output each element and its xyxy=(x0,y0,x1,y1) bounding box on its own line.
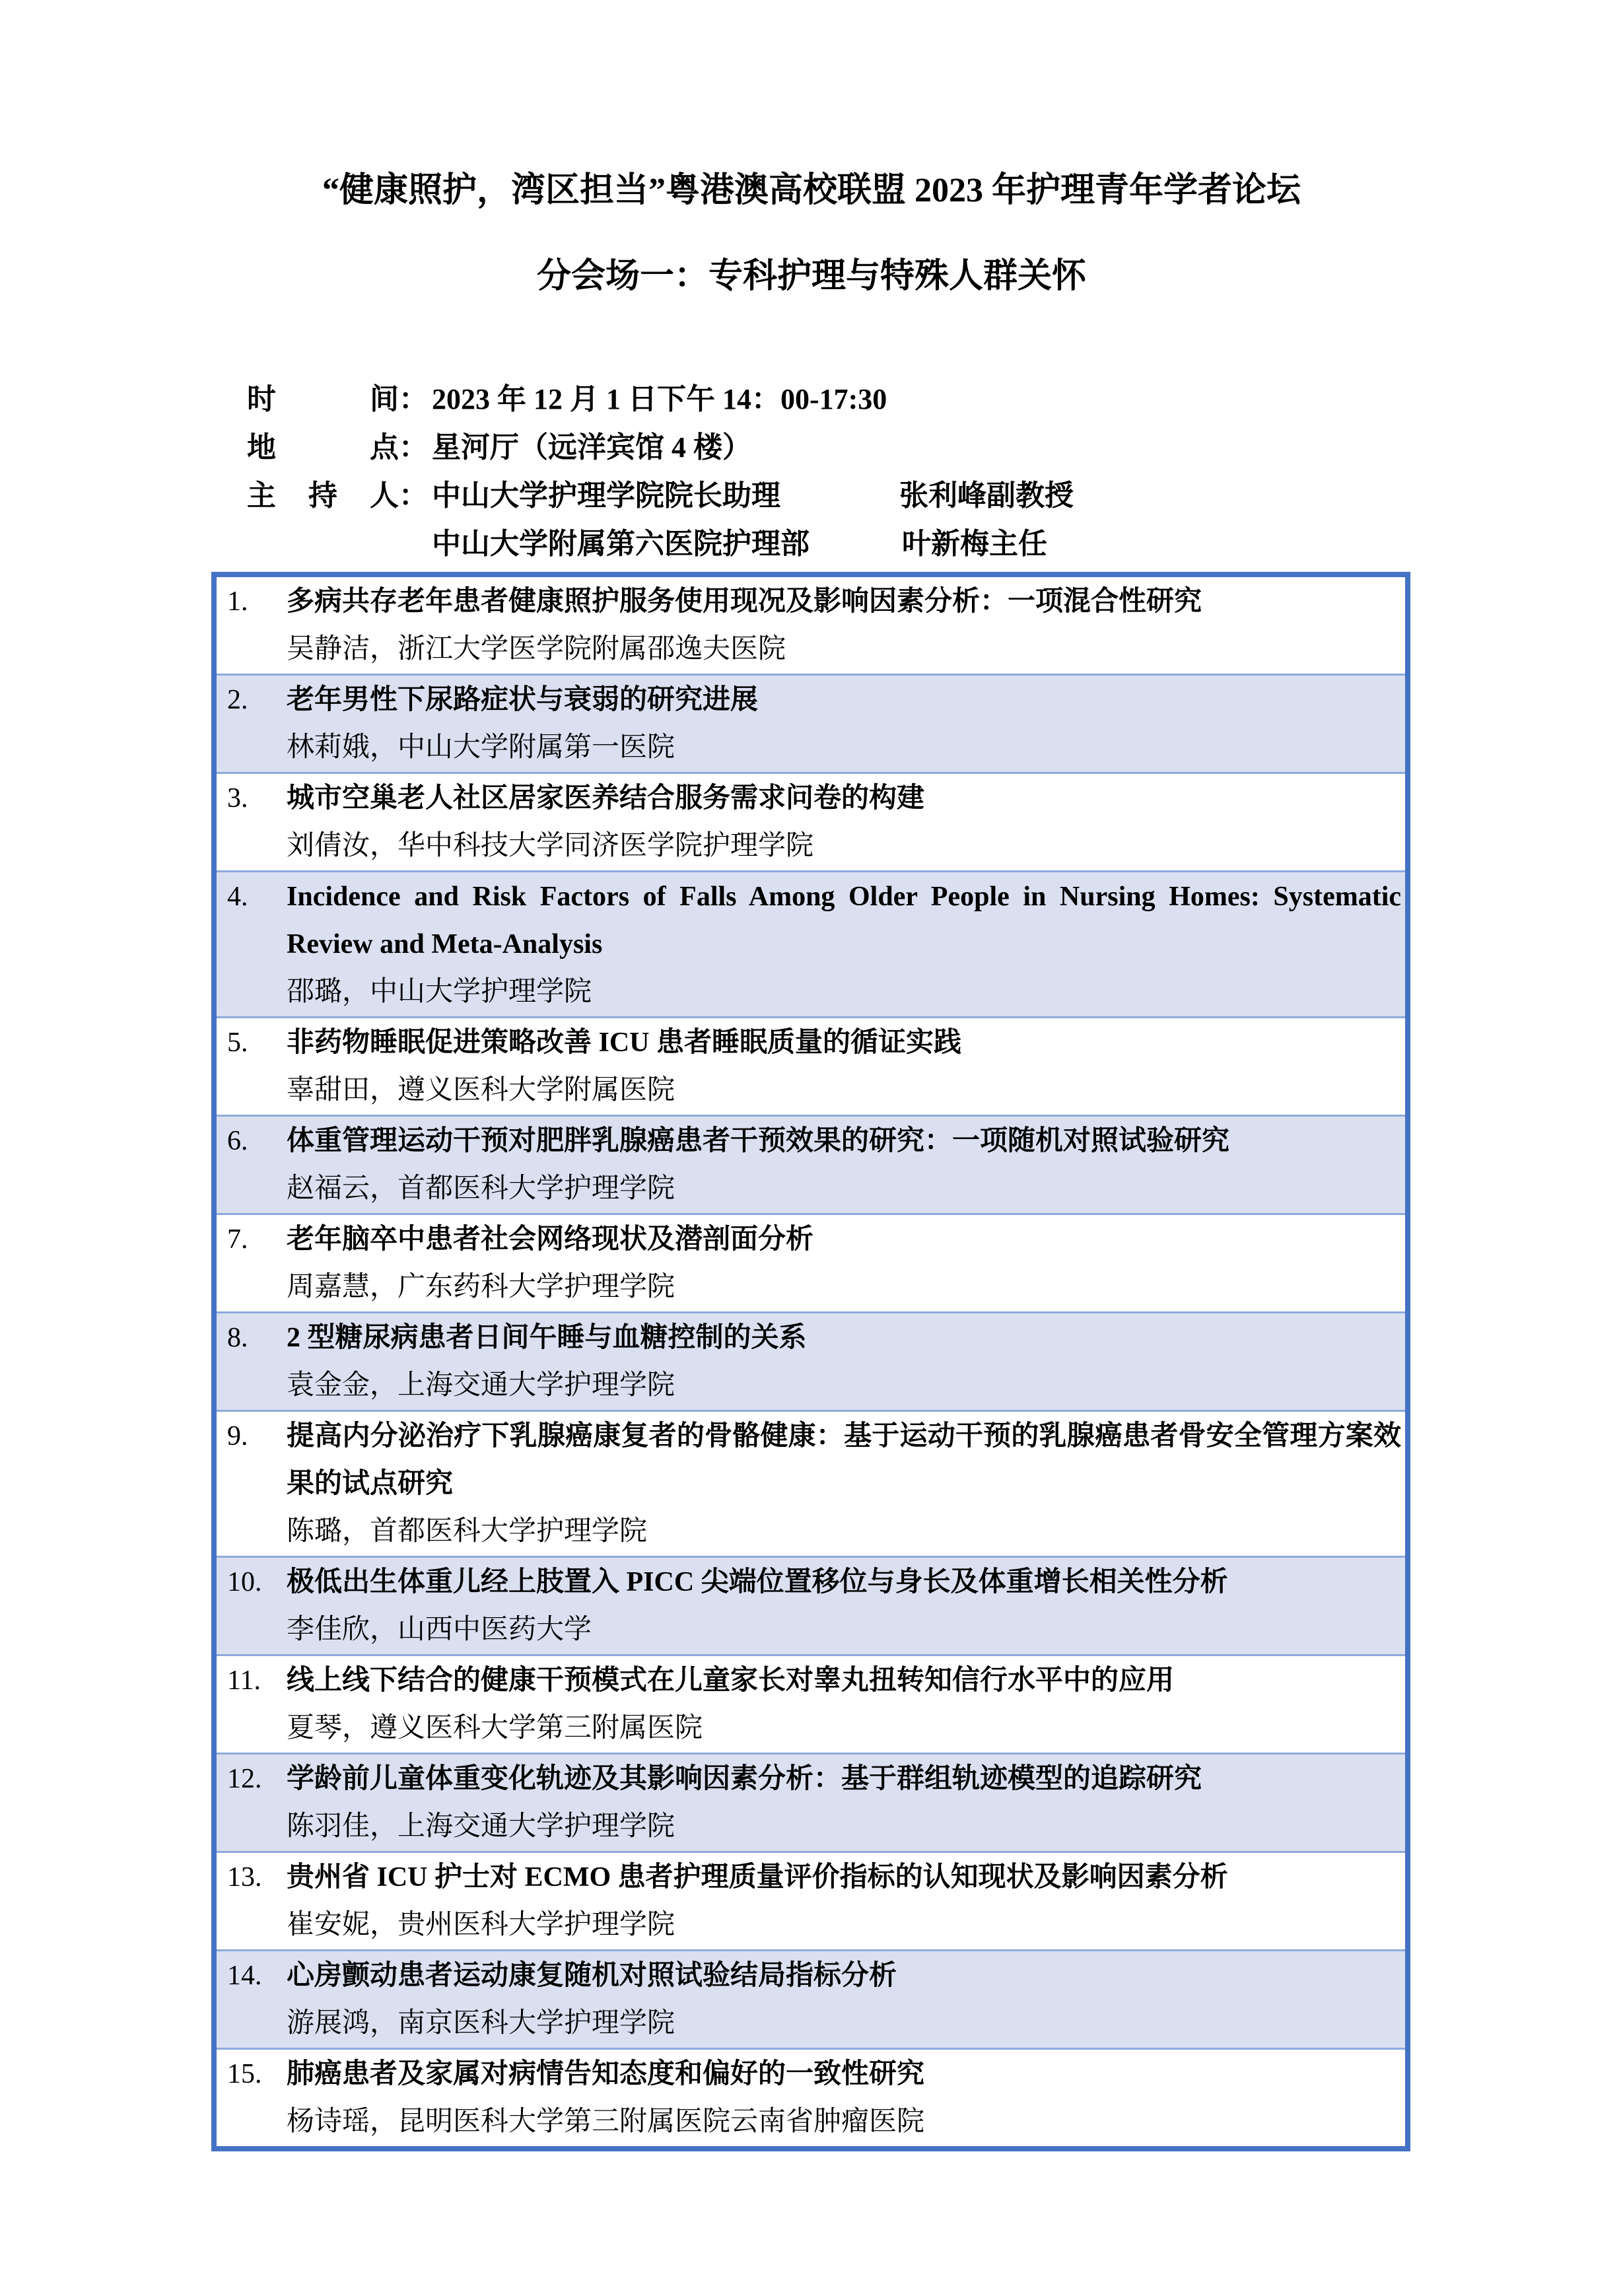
agenda-item-number: 6. xyxy=(217,1117,287,1212)
agenda-row: 12.学龄前儿童体重变化轨迹及其影响因素分析：基于群组轨迹模型的追踪研究陈羽佳，… xyxy=(217,1753,1405,1851)
agenda-item-author: 刘倩汝，华中科技大学同济医学院护理学院 xyxy=(287,822,1401,870)
agenda-item-content: 线上线下结合的健康干预模式在儿童家长对睾丸扭转知信行水平中的应用夏琴，遵义医科大… xyxy=(287,1657,1405,1752)
agenda-item-number: 1. xyxy=(217,578,287,673)
info-value: 中山大学附属第六医院护理部 xyxy=(432,528,810,560)
agenda-row: 15.肺癌患者及家属对病情告知态度和偏好的一致性研究杨诗瑶，昆明医科大学第三附属… xyxy=(217,2048,1405,2146)
agenda-row: 13.贵州省 ICU 护士对 ECMO 患者护理质量评价指标的认知现状及影响因素… xyxy=(217,1851,1405,1949)
agenda-item-author: 杨诗瑶，昆明医科大学第三附属医院云南省肿瘤医院 xyxy=(287,2098,1401,2145)
info-value: 中山大学护理学院院长助理 xyxy=(432,479,780,512)
agenda-item-content: 心房颤动患者运动康复随机对照试验结局指标分析游展鸿，南京医科大学护理学院 xyxy=(287,1952,1405,2047)
agenda-item-author: 林莉娥，中山大学附属第一医院 xyxy=(287,724,1401,771)
agenda-row: 6.体重管理运动干预对肥胖乳腺癌患者干预效果的研究：一项随机对照试验研究赵福云，… xyxy=(217,1115,1405,1213)
document-page: “健康照护，湾区担当”粤港澳高校联盟 2023 年护理青年学者论坛 分会场一：专… xyxy=(0,0,1623,2296)
agenda-row: 8.2 型糖尿病患者日间午睡与血糖控制的关系袁金金，上海交通大学护理学院 xyxy=(217,1311,1405,1410)
agenda-item-number: 9. xyxy=(217,1412,287,1555)
document-title-line2: 分会场一：专科护理与特殊人群关怀 xyxy=(0,252,1623,301)
agenda-row: 14.心房颤动患者运动康复随机对照试验结局指标分析游展鸿，南京医科大学护理学院 xyxy=(217,1949,1405,2048)
agenda-item-author: 邵璐，中山大学护理学院 xyxy=(287,968,1401,1016)
agenda-item-title: 学龄前儿童体重变化轨迹及其影响因素分析：基于群组轨迹模型的追踪研究 xyxy=(287,1755,1401,1803)
info-value: 星河厅（远洋宾馆 4 楼） xyxy=(432,431,751,464)
session-info-block: 时间：2023 年 12 月 1 日下午 14：00-17:30地点：星河厅（远… xyxy=(247,375,1623,568)
agenda-item-author: 游展鸿，南京医科大学护理学院 xyxy=(287,2000,1401,2047)
agenda-item-number: 10. xyxy=(217,1558,287,1653)
agenda-item-number: 15. xyxy=(217,2050,287,2145)
agenda-item-title: 贵州省 ICU 护士对 ECMO 患者护理质量评价指标的认知现状及影响因素分析 xyxy=(287,1854,1401,1901)
agenda-item-number: 12. xyxy=(217,1755,287,1850)
agenda-item-content: 城市空巢老人社区居家医养结合服务需求问卷的构建刘倩汝，华中科技大学同济医学院护理… xyxy=(287,775,1405,870)
agenda-item-content: 提高内分泌治疗下乳腺癌康复者的骨骼健康：基于运动干预的乳腺癌患者骨安全管理方案效… xyxy=(287,1412,1405,1555)
agenda-item-content: 体重管理运动干预对肥胖乳腺癌患者干预效果的研究：一项随机对照试验研究赵福云，首都… xyxy=(287,1117,1405,1212)
info-label: 主持人 xyxy=(247,471,399,520)
agenda-item-number: 7. xyxy=(217,1216,287,1311)
agenda-item-title: 线上线下结合的健康干预模式在儿童家长对睾丸扭转知信行水平中的应用 xyxy=(287,1657,1401,1704)
agenda-item-title: Incidence and Risk Factors of Falls Amon… xyxy=(287,873,1401,968)
info-label: 时间 xyxy=(247,375,399,423)
info-separator: ： xyxy=(399,375,432,423)
info-separator: ： xyxy=(399,471,432,520)
agenda-row: 5.非药物睡眠促进策略改善 ICU 患者睡眠质量的循证实践辜甜田，遵义医科大学附… xyxy=(217,1016,1405,1115)
info-label: 地点 xyxy=(247,423,399,471)
agenda-row: 2.老年男性下尿路症状与衰弱的研究进展林莉娥，中山大学附属第一医院 xyxy=(217,674,1405,772)
agenda-item-content: 肺癌患者及家属对病情告知态度和偏好的一致性研究杨诗瑶，昆明医科大学第三附属医院云… xyxy=(287,2050,1405,2145)
agenda-item-author: 陈羽佳，上海交通大学护理学院 xyxy=(287,1803,1401,1850)
info-value-secondary: 张利峰副教授 xyxy=(899,479,1074,512)
agenda-item-author: 陈璐，首都医科大学护理学院 xyxy=(287,1508,1401,1555)
agenda-item-content: 非药物睡眠促进策略改善 ICU 患者睡眠质量的循证实践辜甜田，遵义医科大学附属医… xyxy=(287,1019,1405,1114)
agenda-item-number: 8. xyxy=(217,1314,287,1409)
agenda-item-author: 周嘉慧，广东药科大学护理学院 xyxy=(287,1263,1401,1311)
agenda-item-number: 11. xyxy=(217,1657,287,1752)
agenda-item-content: 学龄前儿童体重变化轨迹及其影响因素分析：基于群组轨迹模型的追踪研究陈羽佳，上海交… xyxy=(287,1755,1405,1850)
agenda-item-title: 老年脑卒中患者社会网络现状及潜剖面分析 xyxy=(287,1216,1401,1263)
agenda-item-content: 老年脑卒中患者社会网络现状及潜剖面分析周嘉慧，广东药科大学护理学院 xyxy=(287,1216,1405,1311)
agenda-row: 3.城市空巢老人社区居家医养结合服务需求问卷的构建刘倩汝，华中科技大学同济医学院… xyxy=(217,772,1405,870)
info-line: 地点：星河厅（远洋宾馆 4 楼） xyxy=(247,423,1623,471)
agenda-item-content: Incidence and Risk Factors of Falls Amon… xyxy=(287,873,1405,1016)
agenda-item-content: 极低出生体重儿经上肢置入 PICC 尖端位置移位与身长及体重增长相关性分析李佳欣… xyxy=(287,1558,1405,1653)
agenda-item-title: 老年男性下尿路症状与衰弱的研究进展 xyxy=(287,676,1401,724)
agenda-item-title: 非药物睡眠促进策略改善 ICU 患者睡眠质量的循证实践 xyxy=(287,1019,1401,1066)
agenda-row: 7.老年脑卒中患者社会网络现状及潜剖面分析周嘉慧，广东药科大学护理学院 xyxy=(217,1213,1405,1311)
agenda-item-author: 袁金金，上海交通大学护理学院 xyxy=(287,1362,1401,1409)
info-separator: ： xyxy=(399,423,432,471)
agenda-item-title: 多病共存老年患者健康照护服务使用现况及影响因素分析：一项混合性研究 xyxy=(287,578,1401,625)
agenda-row: 11.线上线下结合的健康干预模式在儿童家长对睾丸扭转知信行水平中的应用夏琴，遵义… xyxy=(217,1654,1405,1753)
agenda-table: 1.多病共存老年患者健康照护服务使用现况及影响因素分析：一项混合性研究吴静洁，浙… xyxy=(211,572,1410,2151)
agenda-item-title: 2 型糖尿病患者日间午睡与血糖控制的关系 xyxy=(287,1314,1401,1362)
agenda-item-author: 崔安妮，贵州医科大学护理学院 xyxy=(287,1901,1401,1949)
agenda-item-title: 心房颤动患者运动康复随机对照试验结局指标分析 xyxy=(287,1952,1401,2000)
agenda-item-number: 13. xyxy=(217,1854,287,1949)
agenda-item-number: 5. xyxy=(217,1019,287,1114)
agenda-item-author: 赵福云，首都医科大学护理学院 xyxy=(287,1165,1401,1212)
agenda-item-number: 3. xyxy=(217,775,287,870)
agenda-row: 10.极低出生体重儿经上肢置入 PICC 尖端位置移位与身长及体重增长相关性分析… xyxy=(217,1556,1405,1654)
info-value: 2023 年 12 月 1 日下午 14：00-17:30 xyxy=(432,383,887,415)
agenda-item-content: 多病共存老年患者健康照护服务使用现况及影响因素分析：一项混合性研究吴静洁，浙江大… xyxy=(287,578,1405,673)
info-line: 主持人：中山大学护理学院院长助理张利峰副教授 xyxy=(247,471,1623,520)
agenda-row: 1.多病共存老年患者健康照护服务使用现况及影响因素分析：一项混合性研究吴静洁，浙… xyxy=(217,577,1405,674)
agenda-item-author: 辜甜田，遵义医科大学附属医院 xyxy=(287,1066,1401,1114)
agenda-item-author: 夏琴，遵义医科大学第三附属医院 xyxy=(287,1704,1401,1752)
agenda-row: 9.提高内分泌治疗下乳腺癌康复者的骨骼健康：基于运动干预的乳腺癌患者骨安全管理方… xyxy=(217,1410,1405,1556)
document-title-line1: “健康照护，湾区担当”粤港澳高校联盟 2023 年护理青年学者论坛 xyxy=(0,0,1623,215)
agenda-item-author: 吴静洁，浙江大学医学院附属邵逸夫医院 xyxy=(287,625,1401,673)
agenda-item-title: 城市空巢老人社区居家医养结合服务需求问卷的构建 xyxy=(287,775,1401,822)
agenda-item-title: 体重管理运动干预对肥胖乳腺癌患者干预效果的研究：一项随机对照试验研究 xyxy=(287,1117,1401,1165)
info-line: 中山大学附属第六医院护理部叶新梅主任 xyxy=(247,520,1623,568)
agenda-item-number: 4. xyxy=(217,873,287,1016)
agenda-item-content: 2 型糖尿病患者日间午睡与血糖控制的关系袁金金，上海交通大学护理学院 xyxy=(287,1314,1405,1409)
info-value-secondary: 叶新梅主任 xyxy=(902,528,1047,560)
agenda-item-title: 肺癌患者及家属对病情告知态度和偏好的一致性研究 xyxy=(287,2050,1401,2098)
agenda-item-number: 14. xyxy=(217,1952,287,2047)
agenda-item-author: 李佳欣，山西中医药大学 xyxy=(287,1606,1401,1653)
agenda-item-title: 极低出生体重儿经上肢置入 PICC 尖端位置移位与身长及体重增长相关性分析 xyxy=(287,1558,1401,1606)
info-line: 时间：2023 年 12 月 1 日下午 14：00-17:30 xyxy=(247,375,1623,423)
agenda-row: 4.Incidence and Risk Factors of Falls Am… xyxy=(217,870,1405,1016)
agenda-item-content: 贵州省 ICU 护士对 ECMO 患者护理质量评价指标的认知现状及影响因素分析崔… xyxy=(287,1854,1405,1949)
agenda-item-content: 老年男性下尿路症状与衰弱的研究进展林莉娥，中山大学附属第一医院 xyxy=(287,676,1405,771)
agenda-item-title: 提高内分泌治疗下乳腺癌康复者的骨骼健康：基于运动干预的乳腺癌患者骨安全管理方案效… xyxy=(287,1412,1401,1508)
agenda-item-number: 2. xyxy=(217,676,287,771)
